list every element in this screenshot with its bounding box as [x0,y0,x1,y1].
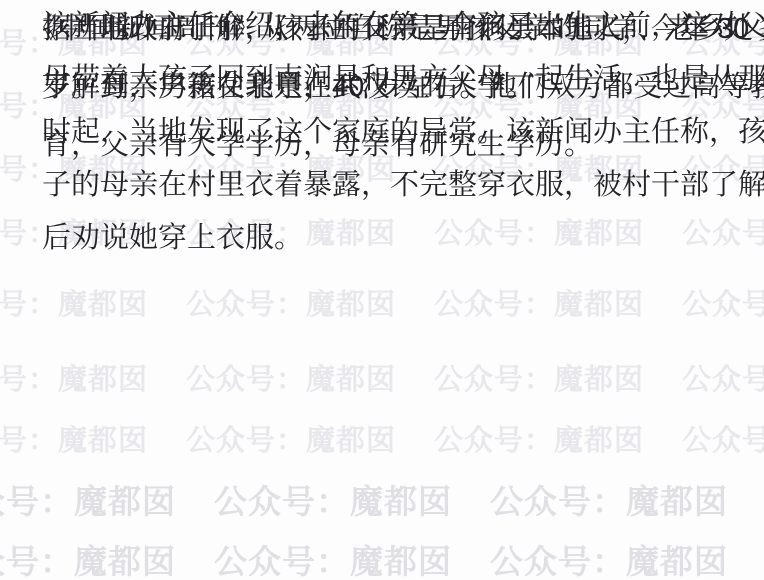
text-line: 后劝说她穿上衣服。 [42,212,760,265]
paragraph-3: 该新闻办主任介绍，去年在第二个孩子出生之前，这对父母带着大孩子回到南涧县和男方父… [42,0,760,265]
text-line: 时起，当地发现了这个家庭的异常。该新闻办主任称，孩 [42,106,760,159]
article-page: 公众号：魔都囡公众号：魔都囡公众号：魔都囡公众号：魔都囡公众号：魔都囡公众号：魔… [0,0,764,580]
text-line: 该新闻办主任介绍，去年在第二个孩子出生之前，这对父 [42,0,760,53]
article-content: 据当地政府了解，孩子的父亲是南涧县本地人，今年 30 多岁。母亲户籍在北京，40… [0,0,764,580]
text-line: 母带着大孩子回到南涧县和男方父母一起生活。也是从那 [42,53,760,106]
text-line: 子的母亲在村里衣着暴露，不完整穿衣服，被村干部了解 [42,159,760,212]
